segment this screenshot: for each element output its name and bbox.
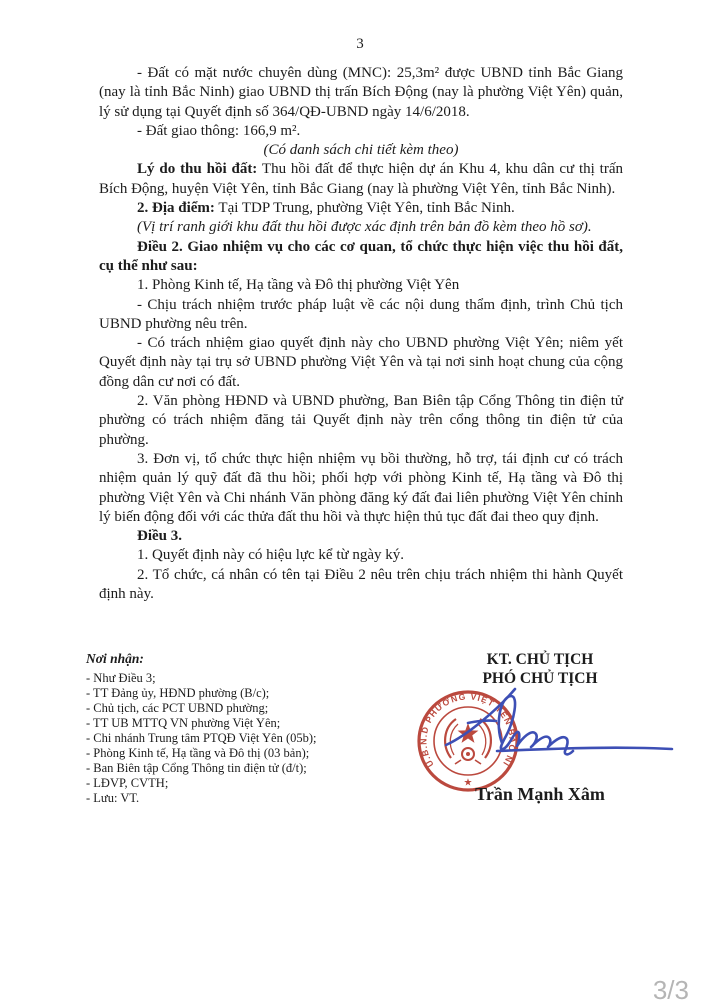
signer-position-acting: KT. CHỦ TỊCH bbox=[440, 651, 640, 670]
document-page: 3 - Đất có mặt nước chuyên dùng (MNC): 2… bbox=[0, 0, 720, 1008]
recipients-block: Nơi nhận: - Như Điều 3; - TT Đảng ủy, HĐ… bbox=[86, 651, 386, 806]
page-indicator: 3/3 bbox=[653, 975, 689, 1006]
para-article2-item1b: - Có trách nhiệm giao quyết định này cho… bbox=[99, 334, 623, 392]
para-article2-item2: 2. Văn phòng HĐND và UBND phường, Ban Bi… bbox=[99, 392, 623, 450]
para-text: (Vị trí ranh giới khu đất thu hồi được x… bbox=[137, 219, 592, 235]
recipient-item: - Chi nhánh Trung tâm PTQĐ Việt Yên (05b… bbox=[86, 731, 386, 746]
signature-cursive-stroke bbox=[499, 696, 573, 754]
para-text: 3. Đơn vị, tổ chức thực hiện nhiệm vụ bồ… bbox=[99, 451, 623, 525]
signature-titles: KT. CHỦ TỊCH PHÓ CHỦ TỊCH bbox=[440, 651, 640, 688]
signer-name: Trần Mạnh Xâm bbox=[440, 784, 640, 805]
document-body: - Đất có mặt nước chuyên dùng (MNC): 25,… bbox=[99, 64, 623, 604]
recipients-label: Nơi nhận: bbox=[86, 651, 386, 667]
recipient-item: - Chủ tịch, các PCT UBND phường; bbox=[86, 701, 386, 716]
para-reason: Lý do thu hồi đất: Thu hồi đất để thực h… bbox=[99, 160, 623, 199]
para-text: - Đất có mặt nước chuyên dùng (MNC): 25,… bbox=[99, 65, 623, 120]
para-lead: Lý do thu hồi đất: bbox=[137, 161, 257, 177]
para-boundary-note: (Vị trí ranh giới khu đất thu hồi được x… bbox=[99, 218, 623, 237]
recipient-item: - Như Điều 3; bbox=[86, 671, 386, 686]
handwritten-signature bbox=[440, 685, 680, 775]
recipient-item: - LĐVP, CVTH; bbox=[86, 776, 386, 791]
para-text: Điều 3. bbox=[137, 528, 182, 544]
signature-underline-stroke bbox=[497, 748, 672, 751]
para-text: - Đất giao thông: 166,9 m². bbox=[137, 123, 300, 139]
para-attachment-note: (Có danh sách chi tiết kèm theo) bbox=[99, 141, 623, 160]
recipient-item: - Ban Biên tập Cổng Thông tin điện tử (đ… bbox=[86, 761, 386, 776]
para-location: 2. Địa điểm: Tại TDP Trung, phường Việt … bbox=[99, 199, 623, 218]
para-text: Tại TDP Trung, phường Việt Yên, tỉnh Bắc… bbox=[215, 200, 515, 216]
para-text: 2. Văn phòng HĐND và UBND phường, Ban Bi… bbox=[99, 393, 623, 448]
para-land-water: - Đất có mặt nước chuyên dùng (MNC): 25,… bbox=[99, 64, 623, 122]
para-text: - Có trách nhiệm giao quyết định này cho… bbox=[99, 335, 623, 390]
para-article2-item3: 3. Đơn vị, tổ chức thực hiện nhiệm vụ bồ… bbox=[99, 450, 623, 527]
heading-article-3: Điều 3. bbox=[99, 527, 623, 546]
para-article2-item1: 1. Phòng Kinh tế, Hạ tầng và Đô thị phườ… bbox=[99, 276, 623, 295]
recipient-item: - Phòng Kinh tế, Hạ tầng và Đô thị (03 b… bbox=[86, 746, 386, 761]
recipient-item: - TT Đảng ủy, HĐND phường (B/c); bbox=[86, 686, 386, 701]
recipient-item: - TT UB MTTQ VN phường Việt Yên; bbox=[86, 716, 386, 731]
para-text: 1. Phòng Kinh tế, Hạ tầng và Đô thị phườ… bbox=[137, 277, 459, 293]
page-number: 3 bbox=[0, 36, 720, 53]
para-article3-item1: 1. Quyết định này có hiệu lực kể từ ngày… bbox=[99, 546, 623, 565]
heading-article-2: Điều 2. Giao nhiệm vụ cho các cơ quan, t… bbox=[99, 238, 623, 277]
para-text: (Có danh sách chi tiết kèm theo) bbox=[264, 142, 459, 158]
para-land-traffic: - Đất giao thông: 166,9 m². bbox=[99, 122, 623, 141]
para-article2-item1a: - Chịu trách nhiệm trước pháp luật về cá… bbox=[99, 296, 623, 335]
para-text: 1. Quyết định này có hiệu lực kể từ ngày… bbox=[137, 547, 404, 563]
para-text: Điều 2. Giao nhiệm vụ cho các cơ quan, t… bbox=[99, 239, 623, 274]
para-text: - Chịu trách nhiệm trước pháp luật về cá… bbox=[99, 297, 623, 332]
para-text: 2. Tổ chức, cá nhân có tên tại Điều 2 nê… bbox=[99, 567, 623, 602]
para-lead: 2. Địa điểm: bbox=[137, 200, 215, 216]
recipient-item: - Lưu: VT. bbox=[86, 791, 386, 806]
para-article3-item2: 2. Tổ chức, cá nhân có tên tại Điều 2 nê… bbox=[99, 566, 623, 605]
